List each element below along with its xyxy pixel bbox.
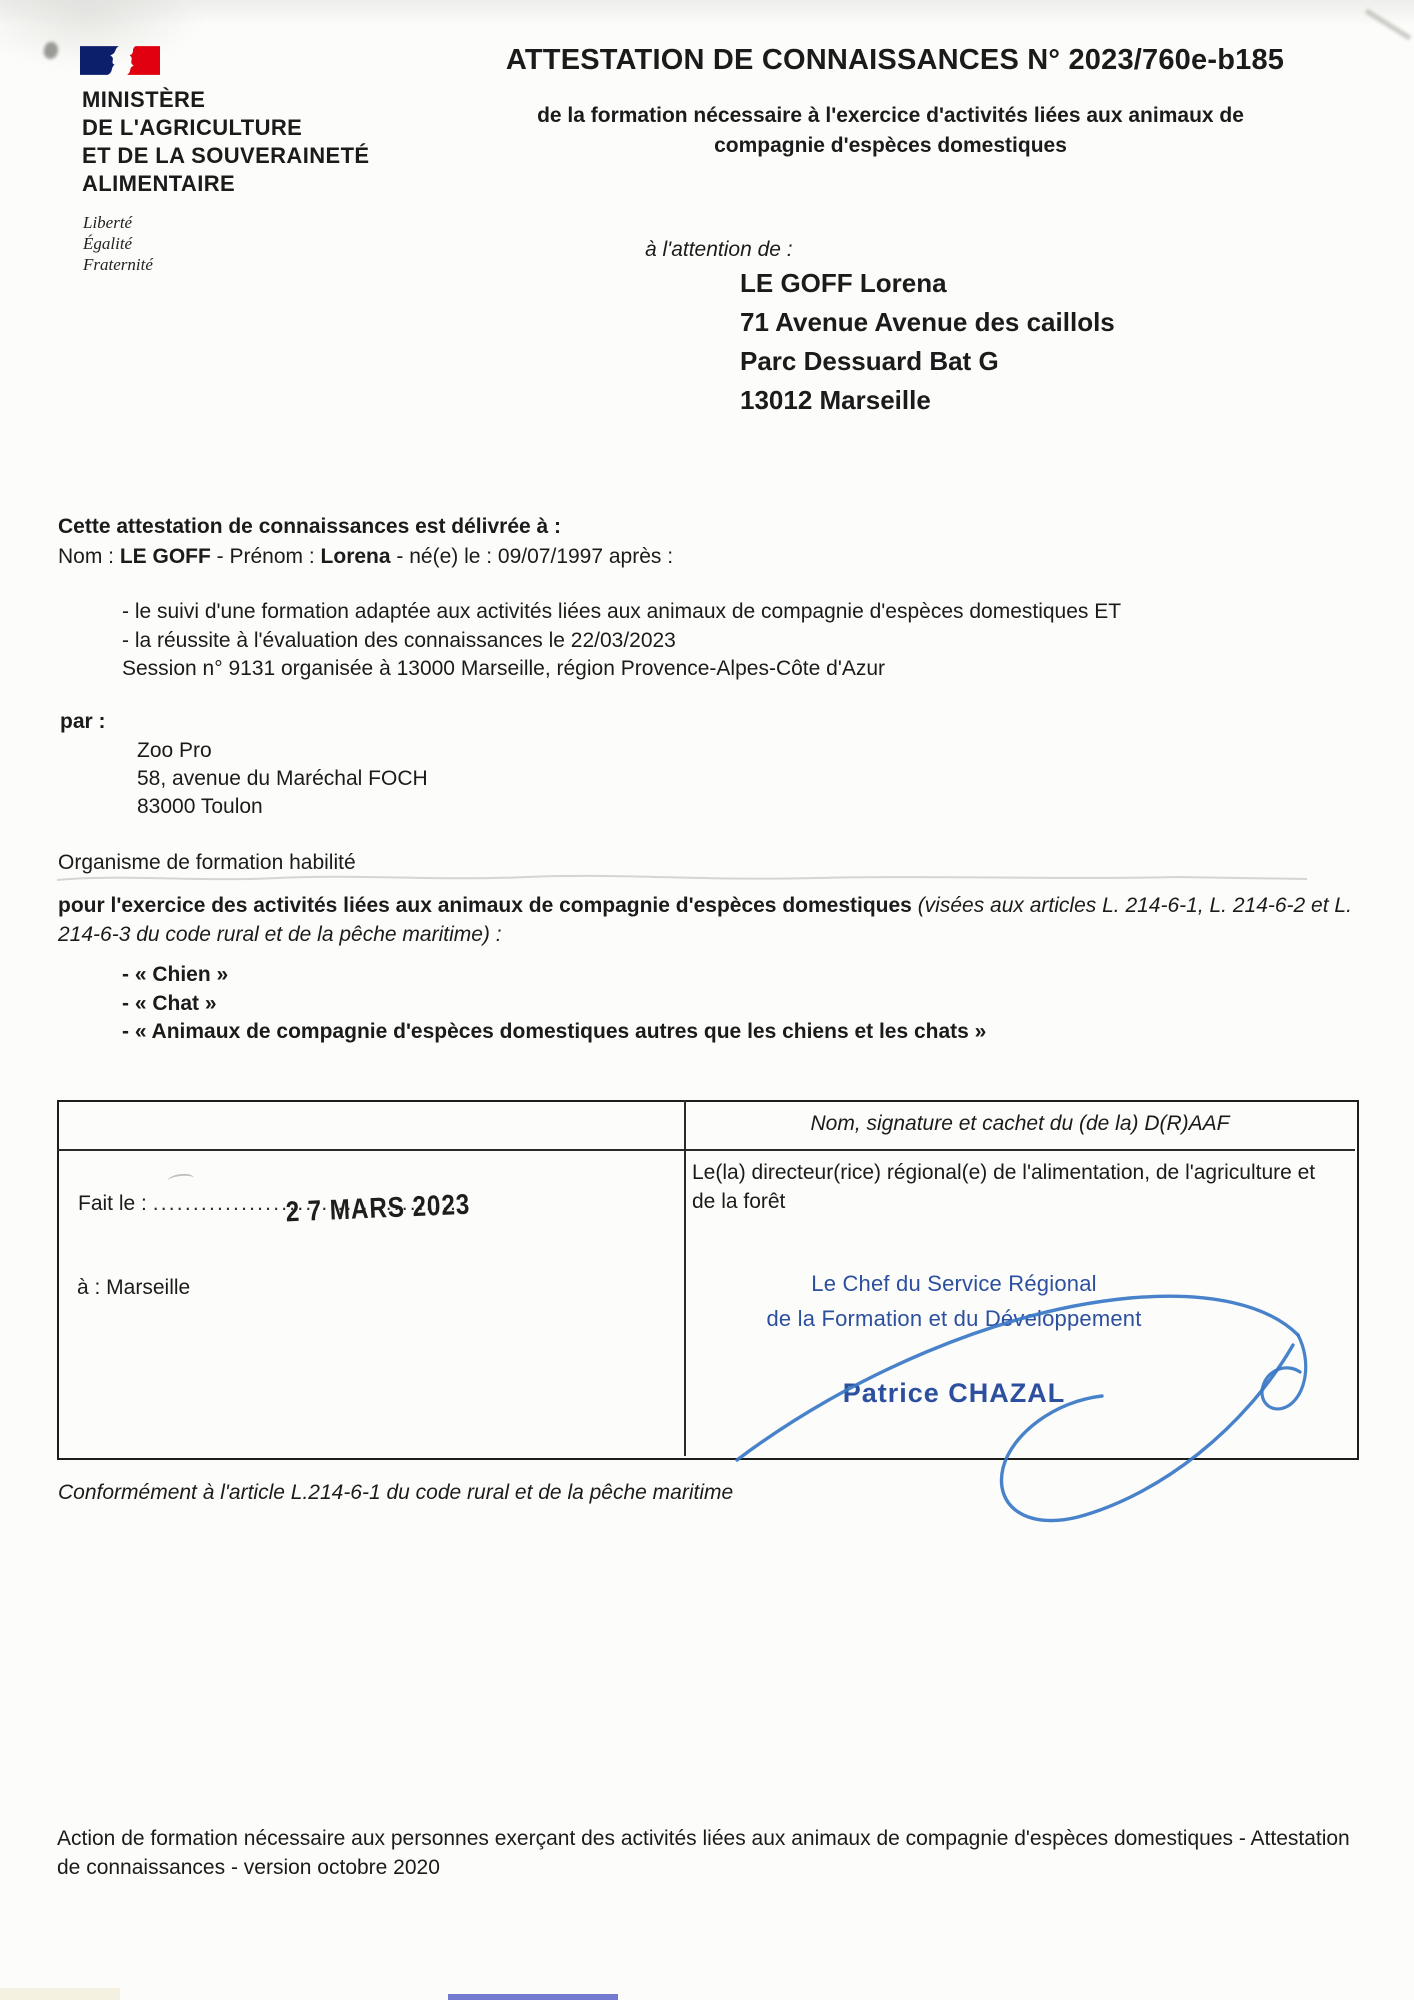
footer-version-text: Action de formation nécessaire aux perso… <box>57 1824 1362 1882</box>
fait-le-label: Fait le : <box>78 1192 153 1215</box>
scan-blue-bar-artifact <box>448 1994 618 2000</box>
recipient-address-line: 71 Avenue Avenue des caillols <box>740 303 1115 342</box>
species-item: - « Chat » <box>122 990 986 1019</box>
stamp-line: Le Chef du Service Régional <box>704 1266 1204 1301</box>
species-item: - « Chien » <box>122 961 986 990</box>
scan-shading-artifact <box>0 0 1414 26</box>
attention-label: à l'attention de : <box>645 238 793 262</box>
condition-item: - la réussite à l'évaluation des connais… <box>122 627 1121 656</box>
activities-scope-paragraph: pour l'exercice des activités liées aux … <box>58 891 1360 949</box>
french-flag-logo <box>80 46 160 75</box>
condition-item: - le suivi d'une formation adaptée aux a… <box>122 598 1121 627</box>
scan-edge-artifact <box>0 1988 120 2000</box>
table-header-signature-cell: Nom, signature et cachet du (de la) D(R)… <box>692 1112 1348 1136</box>
ministry-name-line: ALIMENTAIRE <box>82 170 370 198</box>
recipient-address-block: LE GOFF Lorena 71 Avenue Avenue des cail… <box>740 264 1115 420</box>
birth-date-text: - né(e) le : 09/07/1997 après : <box>391 545 674 568</box>
director-title-text: Le(la) directeur(rice) régional(e) de l'… <box>692 1158 1342 1216</box>
table-header-divider <box>57 1149 1355 1151</box>
motto-line: Liberté <box>83 212 153 233</box>
species-item: - « Animaux de compagnie d'espèces domes… <box>122 1018 986 1047</box>
recipient-address-line: Parc Dessuard Bat G <box>740 342 1115 381</box>
recipient-name: LE GOFF Lorena <box>740 264 1115 303</box>
organisation-name: Zoo Pro <box>137 737 428 765</box>
table-column-divider <box>684 1100 686 1456</box>
republic-motto: Liberté Égalité Fraternité <box>83 212 153 275</box>
organisation-address-line: 83000 Toulon <box>137 793 428 821</box>
nom-value: LE GOFF <box>120 545 211 568</box>
training-organisation-block: Zoo Pro 58, avenue du Maréchal FOCH 8300… <box>137 737 428 821</box>
prenom-label: - Prénom : <box>211 545 321 568</box>
scan-wavy-line-artifact <box>57 872 1307 884</box>
scanned-attestation-document: MINISTÈRE DE L'AGRICULTURE ET DE LA SOUV… <box>0 0 1414 2000</box>
stamp-line: de la Formation et du Développement <box>704 1301 1204 1336</box>
species-list: - « Chien » - « Chat » - « Animaux de co… <box>122 961 986 1047</box>
training-conditions-list: - le suivi d'une formation adaptée aux a… <box>122 598 1121 684</box>
legal-note: Conformément à l'article L.214-6-1 du co… <box>58 1481 733 1505</box>
ministry-name: MINISTÈRE DE L'AGRICULTURE ET DE LA SOUV… <box>82 86 370 198</box>
activities-scope-bold: pour l'exercice des activités liées aux … <box>58 894 912 917</box>
official-stamp-text: Le Chef du Service Régional de la Format… <box>704 1266 1204 1336</box>
signer-name-stamp: Patrice CHAZAL <box>704 1378 1204 1409</box>
ministry-name-line: ET DE LA SOUVERAINETÉ <box>82 142 370 170</box>
document-subtitle: de la formation nécessaire à l'exercice … <box>518 101 1263 161</box>
prenom-value: Lorena <box>321 545 391 568</box>
recipient-address-line: 13012 Marseille <box>740 381 1115 420</box>
par-label: par : <box>60 710 106 734</box>
motto-line: Fraternité <box>83 254 153 275</box>
nom-label: Nom : <box>58 545 120 568</box>
motto-line: Égalité <box>83 233 153 254</box>
document-title: ATTESTATION DE CONNAISSANCES N° 2023/760… <box>420 44 1370 77</box>
identity-line: Nom : LE GOFF - Prénom : Lorena - né(e) … <box>58 545 673 569</box>
delivered-heading: Cette attestation de connaissances est d… <box>58 515 561 539</box>
ministry-name-line: DE L'AGRICULTURE <box>82 114 370 142</box>
session-line: Session n° 9131 organisée à 13000 Marsei… <box>122 655 1121 684</box>
organisation-address-line: 58, avenue du Maréchal FOCH <box>137 765 428 793</box>
ministry-name-line: MINISTÈRE <box>82 86 370 114</box>
city-line: à : Marseille <box>77 1276 190 1300</box>
